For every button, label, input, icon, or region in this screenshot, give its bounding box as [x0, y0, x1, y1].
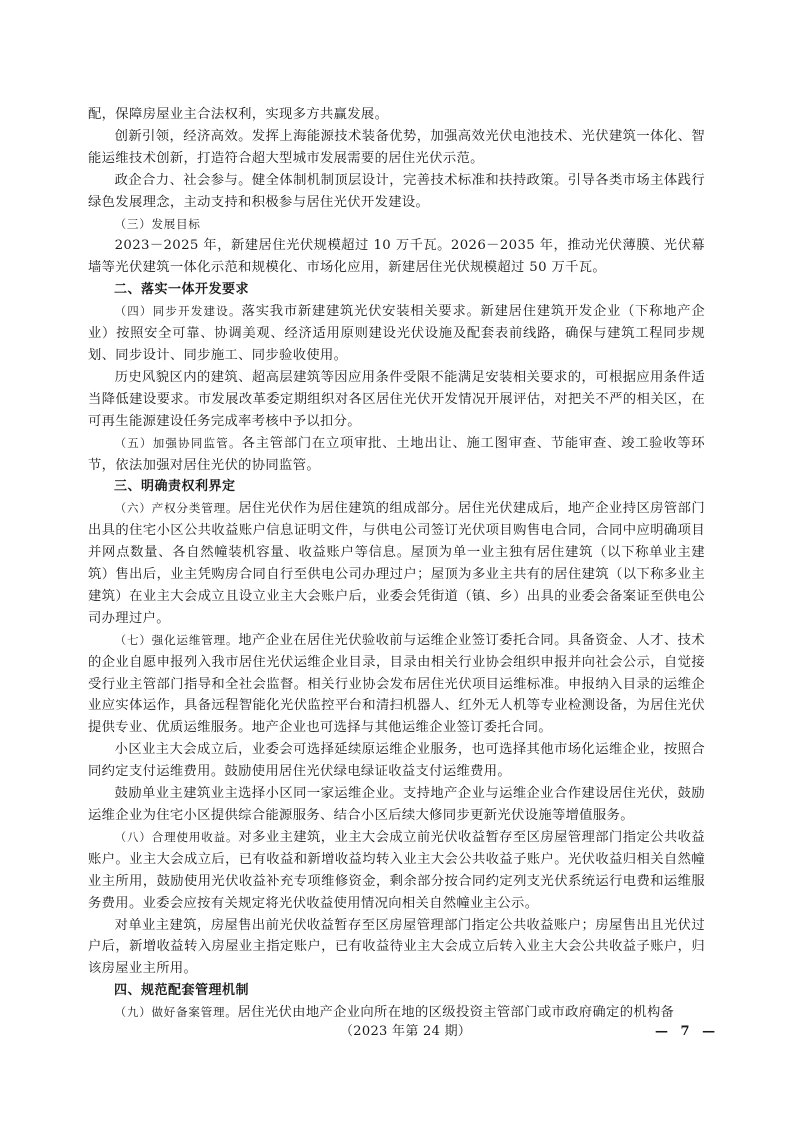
paragraph: 小区业主大会成立后，业委会可选择延续原运维企业服务，也可选择其他市场化运维企业，…	[88, 739, 705, 783]
subsection-label: （三）发展目标	[115, 217, 201, 231]
paragraph: （五）加强协同监管。各主管部门在立项审批、土地出让、施工图审查、节能审查、竣工验…	[88, 433, 705, 477]
subsection-label: （五）加强协同监管。	[115, 436, 242, 450]
page-footer: （2023 年第 24 期） — 7 —	[0, 1021, 793, 1043]
paragraph: 配，保障房屋业主合法权利，实现多方共赢发展。	[88, 104, 705, 126]
section-heading: 四、规范配套管理机制	[88, 980, 705, 1002]
section-heading: 三、明确责权利界定	[88, 476, 705, 498]
paragraph: （七）强化运维管理。地产企业在居住光伏验收前与运维企业签订委托合同。具备资金、人…	[88, 630, 705, 740]
subsection-label: （六）产权分类管理。	[115, 501, 239, 515]
paragraph: （六）产权分类管理。居住光伏作为居住建筑的组成部分。居住光伏建成后，地产企业持区…	[88, 498, 705, 629]
paragraph: （八）合理使用收益。对多业主建筑，业主大会成立前光伏收益暂存至区房屋管理部门指定…	[88, 827, 705, 915]
paragraph: 2023－2025 年，新建居住光伏规模超过 10 万千瓦。2026－2035 …	[88, 235, 705, 279]
subsection-label: （四）同步开发建设。	[115, 304, 242, 318]
issue-label: （2023 年第 24 期）	[340, 1021, 471, 1043]
paragraph: （四）同步开发建设。落实我市新建建筑光伏安装相关要求。新建居住建筑开发企业（下称…	[88, 301, 705, 367]
paragraph: 历史风貌区内的建筑、超高层建筑等因应用条件受限不能满足安装相关要求的，可根据应用…	[88, 367, 705, 433]
paragraph: 鼓励单业主建筑业主选择小区同一家运维企业。支持地产企业与运维企业合作建设居住光伏…	[88, 783, 705, 827]
section-heading: 二、落实一体开发要求	[88, 279, 705, 301]
page-number: — 7 —	[655, 1021, 719, 1043]
paragraph: 对单业主建筑，房屋售出前光伏收益暂存至区房屋管理部门指定公共收益账户；房屋售出且…	[88, 915, 705, 981]
paragraph-text: 居住光伏由地产企业向所在地的区级投资主管部门或市政府确定的机构备	[238, 1005, 675, 1020]
paragraph-text: 地产企业在居住光伏验收前与运维企业签订委托合同。具备资金、人才、技术的企业自愿申…	[88, 633, 705, 736]
subsection-heading: （三）发展目标	[88, 214, 705, 236]
paragraph: 创新引领，经济高效。发挥上海能源技术装备优势，加强高效光伏电池技术、光伏建筑一体…	[88, 126, 705, 170]
subsection-label: （八）合理使用收益。	[115, 830, 239, 844]
document-body: 配，保障房屋业主合法权利，实现多方共赢发展。 创新引领，经济高效。发挥上海能源技…	[88, 104, 705, 1024]
paragraph-text: 居住光伏作为居住建筑的组成部分。居住光伏建成后，地产企业持区房管部门出具的住宅小…	[88, 501, 705, 626]
paragraph: 政企合力、社会参与。健全体制机制顶层设计，完善技术标准和扶持政策。引导各类市场主…	[88, 170, 705, 214]
subsection-label: （七）强化运维管理。	[115, 633, 239, 647]
subsection-label: （九）做好备案管理。	[115, 1005, 238, 1019]
